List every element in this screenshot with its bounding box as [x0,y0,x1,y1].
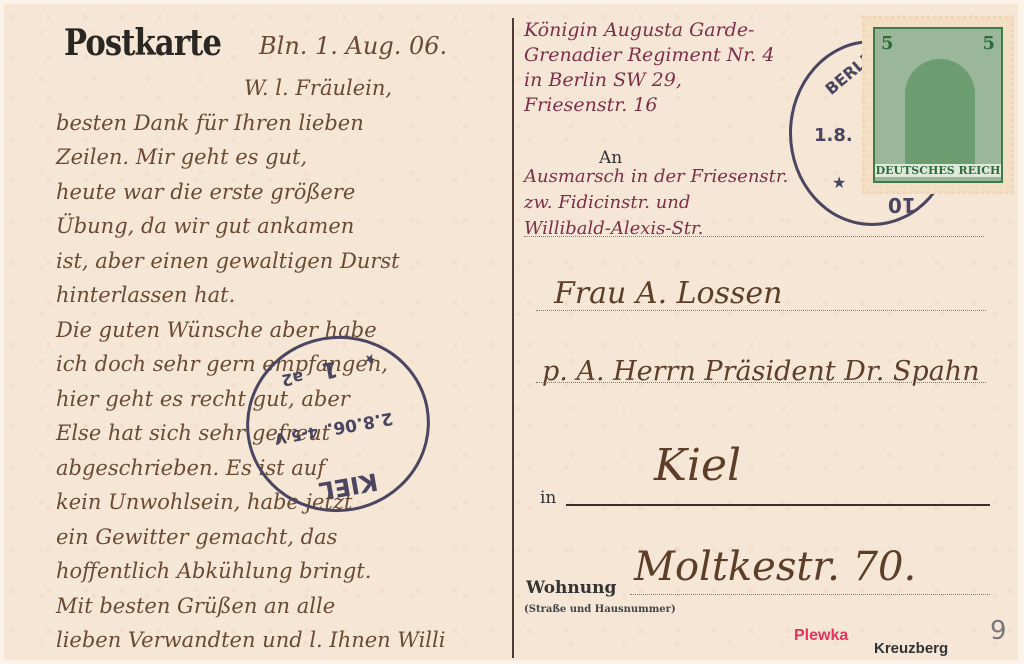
postcard: Postkarte Bln. 1. Aug. 06. W. l. Fräulei… [4,4,1018,660]
message-date: Bln. 1. Aug. 06. [259,32,447,60]
recipient-street: Moltkestr. 70. [634,544,916,590]
message-line: Mit besten Grüßen an alle [56,594,335,618]
message-line: Zeilen. Mir geht es gut, [56,145,307,169]
pencil-number: 9 [990,616,1007,646]
district-stamp: Kreuzberg [874,640,948,657]
message-line: lieben Verwandten und l. Ihnen Willi [56,628,445,652]
stamp-country: DEUTSCHES REICH [875,164,1001,177]
sender-line: in Berlin SW 29, [524,68,774,93]
postcard-title: Postkarte [64,22,221,64]
message-line: ein Gewitter gemacht, das [56,525,337,549]
sender-line: Friesenstr. 16 [524,93,774,118]
germania-figure-icon [905,59,975,169]
message-line: besten Dank für Ihren lieben [56,111,364,135]
wohnung-sub-label: (Straße und Hausnummer) [524,604,676,615]
address-dotted-line [630,594,990,595]
stamp-value-right: 5 [982,33,995,54]
recipient-name: Frau A. Lossen [554,276,783,311]
sender-block: Königin Augusta Garde- Grenadier Regimen… [524,18,774,118]
recipient-city: Kiel [654,440,741,491]
sender-line: Grenadier Regiment Nr. 4 [524,43,774,68]
route-line: zw. Fidicinstr. und [524,190,788,216]
message-line: hinterlassen hat. [56,283,235,307]
message-line: hoffentlich Abkühlung bringt. [56,559,371,583]
postmark-time: 4-5 V [273,423,319,448]
sender-line: Königin Augusta Garde- [524,18,774,43]
postmark-date: 1.8. [814,125,853,146]
postmark-number: 1 [320,355,339,382]
in-label: in [540,488,556,508]
star-icon: ★ [832,173,846,192]
message-line: W. l. Fräulein, [244,76,392,100]
address-dotted-line [524,236,984,237]
postmark-number: 10 [888,193,916,217]
city-underline [566,504,990,506]
divider-line [512,18,514,658]
address-dotted-line [536,310,986,311]
postmark-code: a2 [280,367,305,390]
address-dotted-line [536,382,986,383]
message-line: ist, aber einen gewaltigen Durst [56,249,400,273]
wohnung-label: Wohnung [526,578,616,598]
message-line: heute war die erste größere [56,180,355,204]
route-line: Willibald-Alexis-Str. [524,216,788,242]
stamp-value-left: 5 [881,33,894,54]
postmark-date: 2.8.06. [325,408,394,439]
plewka-stamp: Plewka [794,627,848,645]
postage-stamp: 5 5 DEUTSCHES REICH [862,16,1014,194]
route-line: Ausmarsch in der Friesenstr. [524,164,788,190]
route-block: Ausmarsch in der Friesenstr. zw. Fidicin… [524,164,788,242]
postmark-city: KIEL [317,467,380,505]
message-line: Übung, da wir gut ankamen [56,214,354,238]
star-icon: ★ [362,350,377,368]
